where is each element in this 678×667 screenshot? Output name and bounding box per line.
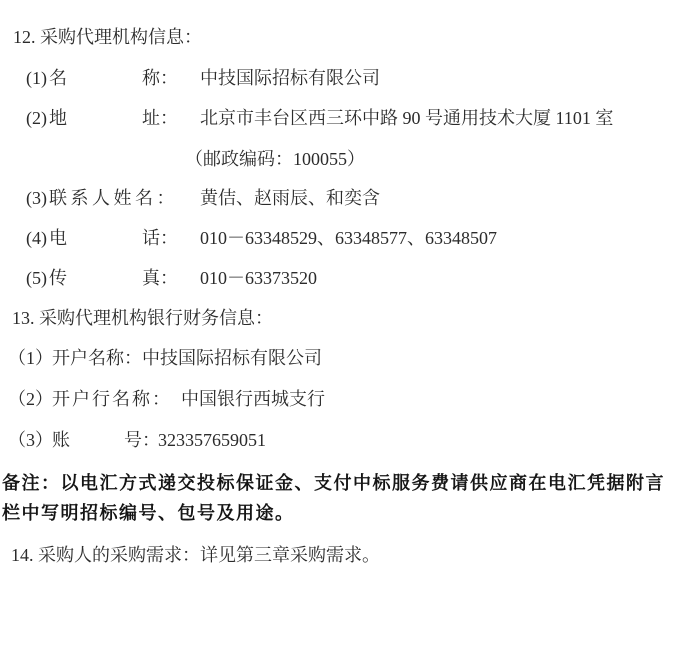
row-value: 010－63373520 bbox=[200, 267, 317, 289]
row-value: 323357659051 bbox=[158, 429, 266, 451]
row-value: 中国银行西城支行 bbox=[181, 388, 325, 410]
row-label: 电 话： bbox=[49, 227, 178, 249]
row-label-right: 称： bbox=[142, 67, 178, 89]
row-label: 开户名称： bbox=[52, 347, 142, 369]
postal-code-note: （邮政编码：100055） bbox=[185, 148, 365, 170]
row-number: (4) bbox=[26, 227, 47, 249]
row-label-left: 名 bbox=[49, 67, 67, 89]
row-value: 010－63348529、63348577、63348507 bbox=[200, 227, 497, 249]
section-13-heading: 13. 采购代理机构银行财务信息： bbox=[12, 307, 273, 329]
row-label: 联系人姓名： bbox=[49, 187, 178, 209]
row-number: (3) bbox=[26, 187, 47, 209]
row-label-left: 联系人姓名： bbox=[49, 187, 178, 209]
row-label-right: 址： bbox=[142, 107, 178, 129]
row-number: （3） bbox=[8, 429, 53, 451]
row-value: 黄佶、赵雨辰、和奕含 bbox=[200, 187, 380, 209]
remark-line-2: 栏中写明招标编号、包号及用途。 bbox=[2, 498, 676, 528]
document-page: { "colors": { "background": "#ffffff", "… bbox=[0, 0, 678, 667]
row-label-left: 传 bbox=[49, 267, 67, 289]
remark-paragraph: 备注：以电汇方式递交投标保证金、支付中标服务费请供应商在电汇凭据附言 栏中写明招… bbox=[2, 468, 676, 528]
row-value: 中技国际招标有限公司 bbox=[142, 347, 322, 369]
section-14-text: 14. 采购人的采购需求：详见第三章采购需求。 bbox=[11, 544, 380, 566]
row-number: (5) bbox=[26, 267, 47, 289]
section-12-heading: 12. 采购代理机构信息： bbox=[13, 26, 202, 48]
row-number: (1) bbox=[26, 67, 47, 89]
row-label: 开户行名称： bbox=[52, 388, 172, 410]
row-number: (2) bbox=[26, 107, 47, 129]
row-label: 地 址： bbox=[49, 107, 178, 129]
row-label-left: 地 bbox=[49, 107, 67, 129]
row-label-right: 真： bbox=[142, 267, 178, 289]
row-label: 账 号： bbox=[52, 429, 160, 451]
row-label-right: 话： bbox=[142, 227, 178, 249]
row-value: 中技国际招标有限公司 bbox=[200, 67, 380, 89]
row-label-right: 号： bbox=[124, 429, 160, 451]
row-label: 名 称： bbox=[49, 67, 178, 89]
row-number: （1） bbox=[8, 347, 53, 369]
row-label-left: 电 bbox=[49, 227, 67, 249]
row-value: 北京市丰台区西三环中路 90 号通用技术大厦 1101 室 bbox=[200, 107, 613, 129]
row-number: （2） bbox=[8, 388, 53, 410]
row-label-left: 账 bbox=[52, 429, 70, 451]
row-label: 传 真： bbox=[49, 267, 178, 289]
remark-line-1: 备注：以电汇方式递交投标保证金、支付中标服务费请供应商在电汇凭据附言 bbox=[2, 468, 676, 498]
